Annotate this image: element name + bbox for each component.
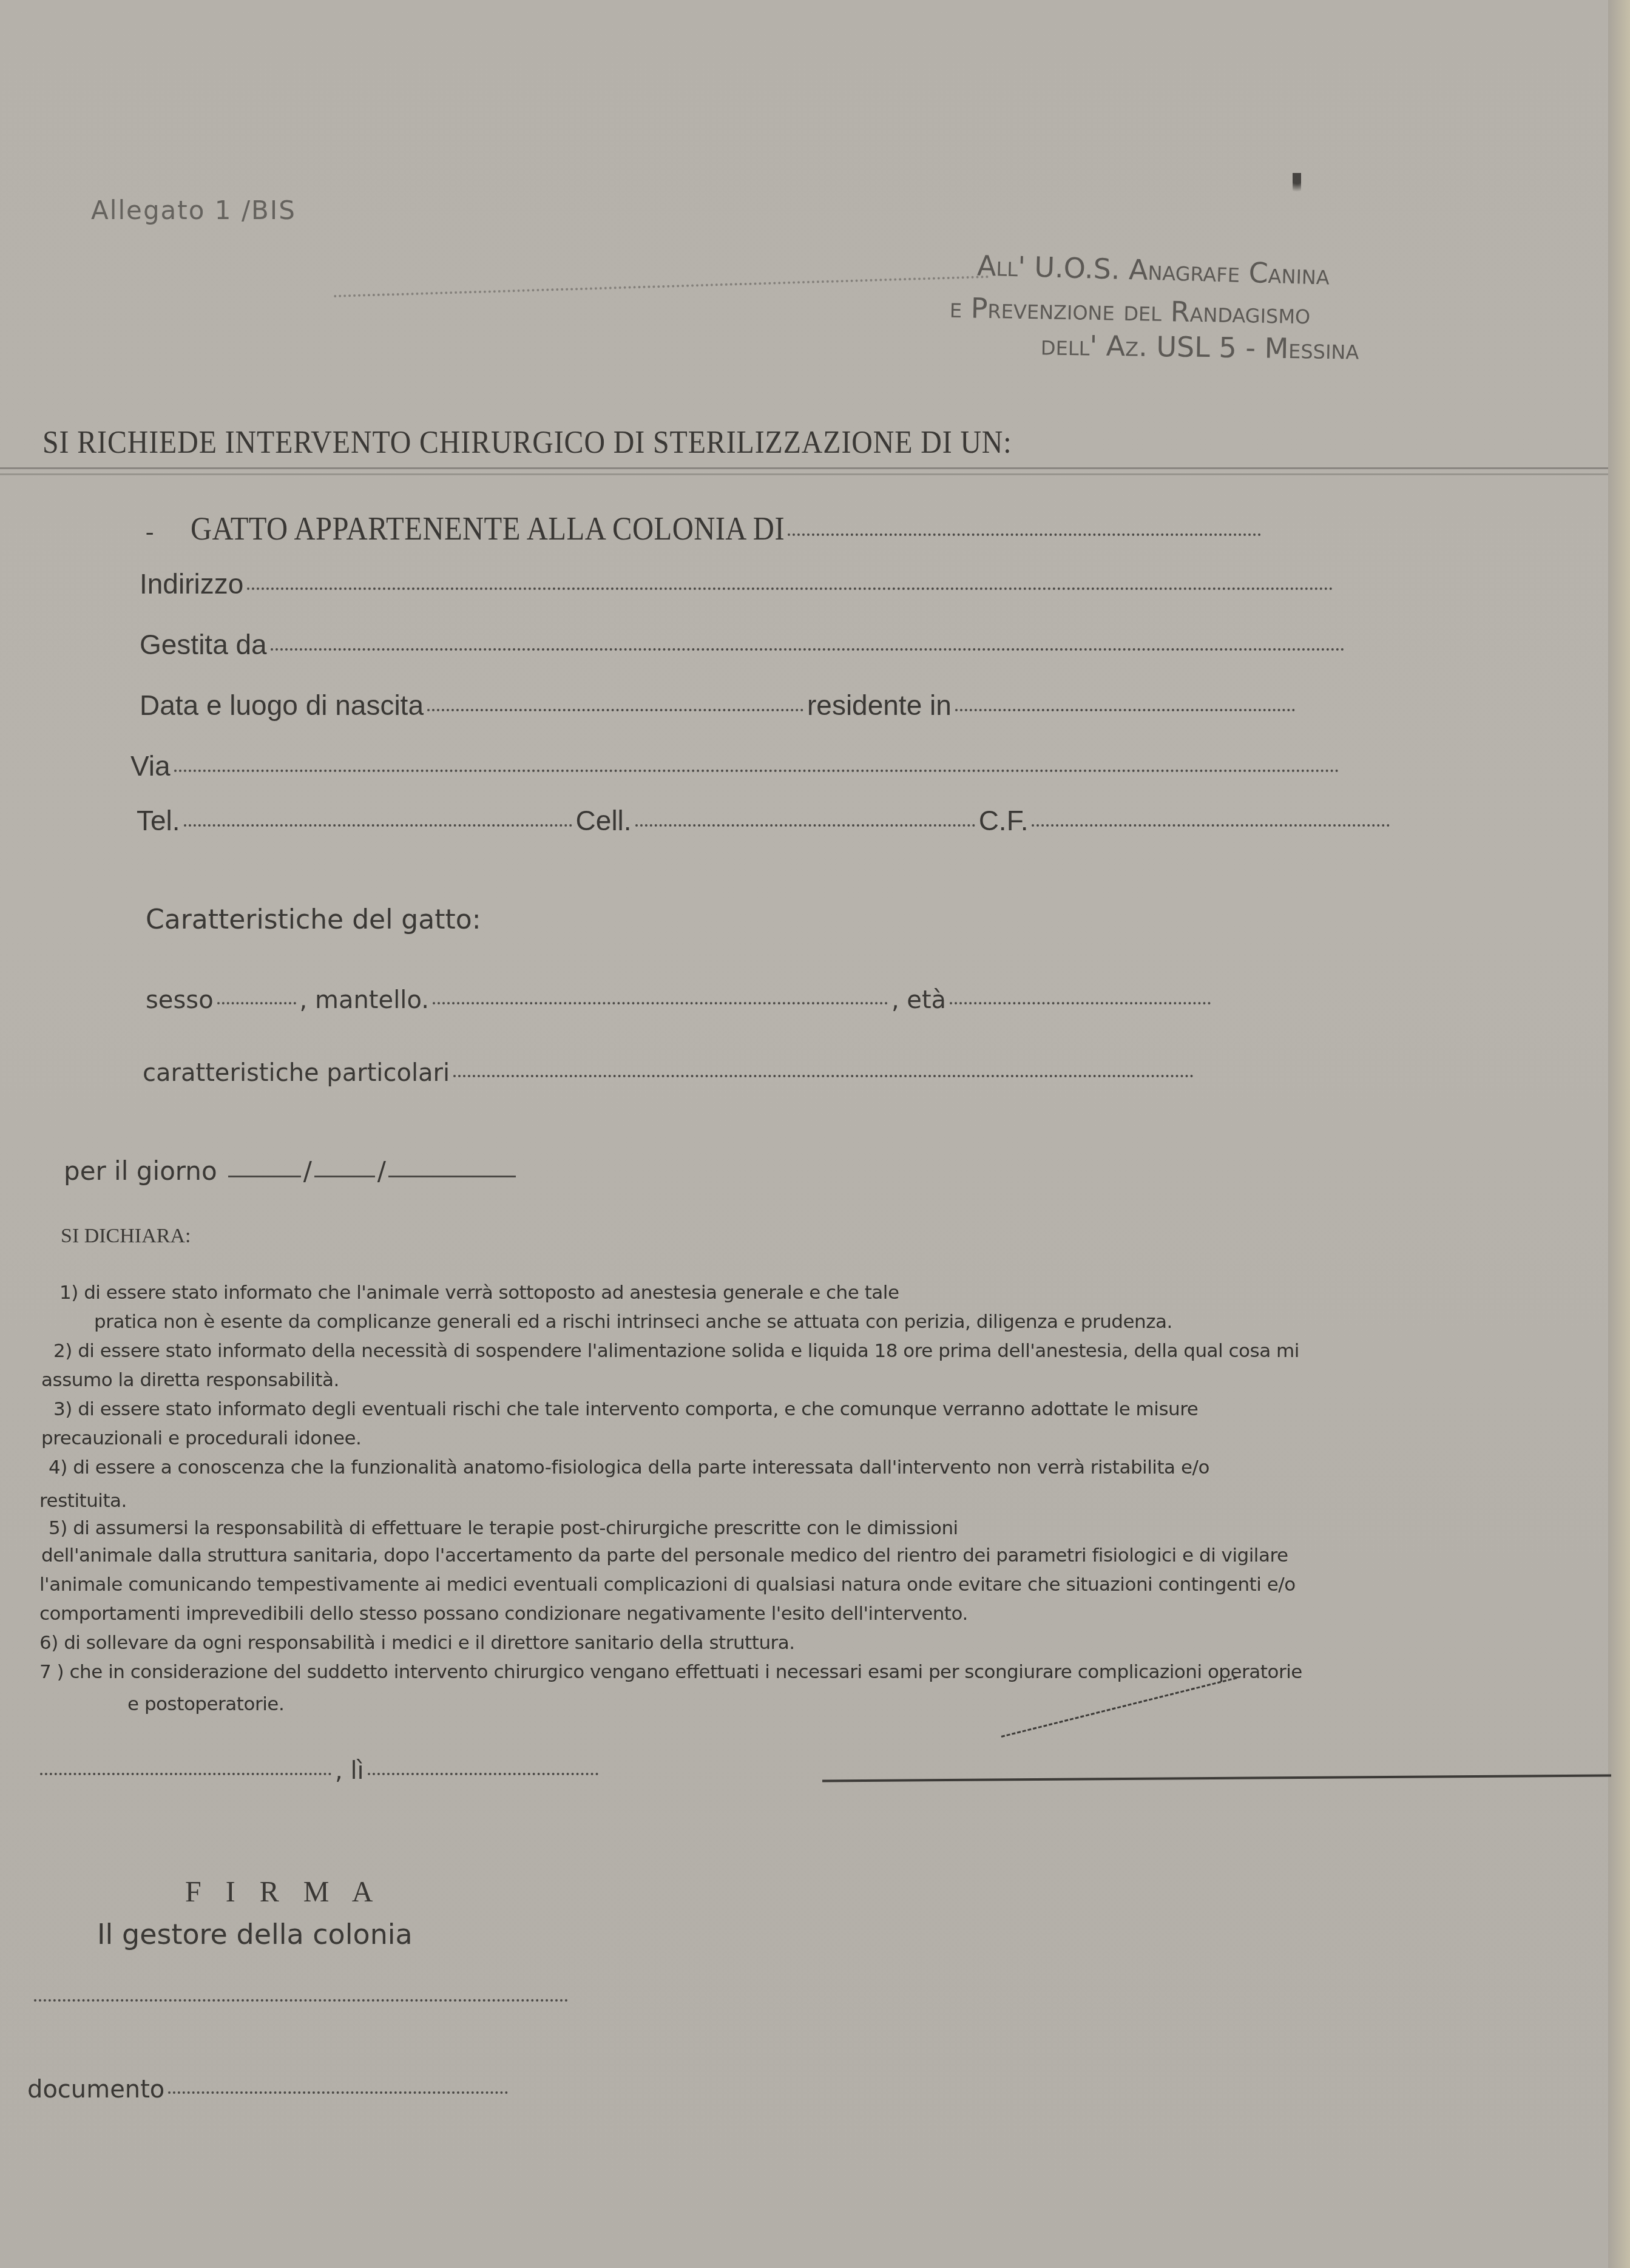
residence-input[interactable] [955,709,1295,711]
title-rule-2 [0,473,1608,475]
residence-label: residente in [807,689,952,722]
declaration-line: 4) di essere a conoscenza che la funzion… [49,1457,1209,1478]
sex-label: sesso [146,986,214,1014]
coat-label: , mantello. [300,986,429,1014]
date-input[interactable] [368,1773,598,1775]
declaration-line: precauzionali e procedurali idonee. [41,1427,361,1449]
age-label: , età [891,986,946,1014]
document-row: documento [27,2076,512,2104]
street-label: Via [130,750,171,782]
day-input[interactable] [228,1176,301,1177]
colony-input[interactable] [788,533,1261,536]
attachment-reference: Allegato 1 /BIS [91,195,296,225]
signature-role: Il gestore della colonia [97,1918,413,1951]
street-row: Via [130,750,1343,782]
birth-label: Data e luogo di nascita [140,689,424,722]
cell-label: Cell. [576,804,632,837]
document-input[interactable] [168,2091,508,2094]
declaration-line: 7 ) che in considerazione del suddetto i… [39,1661,1302,1683]
managed-by-row: Gestita da [140,628,1348,661]
coat-input[interactable] [433,1002,888,1004]
declaration-line: 1) di essere stato informato che l'anima… [59,1282,899,1304]
declaration-line: pratica non è esente da complicanze gene… [94,1311,1172,1333]
street-input[interactable] [174,770,1339,772]
age-input[interactable] [950,1002,1211,1004]
declaration-line: 3) di essere stato informato degli event… [53,1398,1198,1420]
address-row: Indirizzo [140,567,1337,600]
bullet-dash: - [146,517,154,546]
signature-input[interactable] [34,1999,568,2002]
managed-by-input[interactable] [271,648,1345,651]
cat-particular-row: caratteristiche particolari [143,1059,1197,1087]
year-input[interactable] [388,1176,516,1177]
date-row: per il giorno / / [64,1156,518,1186]
phone-label: Tel. [137,804,180,837]
declaration-line: e postoperatorie. [127,1693,284,1715]
declaration-line: l'animale comunicando tempestivamente ai… [39,1574,1296,1596]
cat-section-heading: Caratteristiche del gatto: [146,904,481,935]
signature-row [30,2003,572,2005]
managed-by-label: Gestita da [140,628,267,661]
sex-input[interactable] [217,1002,296,1004]
signature-heading: F I R M A [185,1875,381,1909]
place-date-separator: , lì [335,1757,364,1785]
particular-input[interactable] [453,1075,1194,1077]
address-label: Indirizzo [140,567,243,600]
contacts-row: Tel. Cell. C.F. [137,804,1393,837]
declaration-line: restituita. [39,1490,127,1512]
cell-input[interactable] [635,824,975,827]
paper-edge [1608,0,1630,2268]
ink-mark [1293,173,1301,197]
declarations-heading: SI DICHIARA: [61,1225,191,1248]
date-label: per il giorno [64,1156,217,1186]
form-title: SI RICHIEDE INTERVENTO CHIRURGICO DI STE… [42,425,1012,461]
place-date-row: , lì [36,1757,602,1785]
declaration-line: 6) di sollevare da ogni responsabilità i… [39,1632,795,1654]
recipient-line-3: dell' Az. USL 5 - Messina [1041,328,1359,365]
declaration-line: 2) di essere stato informato della neces… [53,1340,1299,1362]
particular-label: caratteristiche particolari [143,1059,450,1087]
birth-input[interactable] [427,709,803,711]
address-input[interactable] [247,587,1333,590]
month-input[interactable] [314,1176,375,1177]
tax-code-label: C.F. [979,804,1029,837]
place-input[interactable] [40,1773,331,1775]
cat-basic-row: sesso , mantello. , età [146,986,1214,1014]
date-separator-2: / [377,1156,386,1186]
declaration-line: assumo la diretta responsabilità. [41,1369,339,1391]
declaration-line: 5) di assumersi la responsabilità di eff… [49,1517,958,1539]
recipient-line-2: e Prevenzione del Randagismo [950,291,1311,330]
birth-row: Data e luogo di nascita residente in [140,689,1299,722]
title-rule [0,467,1608,469]
phone-input[interactable] [184,824,572,827]
declaration-line: comportamenti imprevedibili dello stesso… [39,1603,968,1625]
tax-code-input[interactable] [1032,824,1390,827]
declaration-line: dell'animale dalla struttura sanitaria, … [41,1545,1288,1566]
date-separator-1: / [303,1156,312,1186]
document-label: documento [27,2076,164,2104]
colony-label: GATTO APPARTENENTE ALLA COLONIA DI [191,510,785,547]
colony-row: - GATTO APPARTENENTE ALLA COLONIA DI [146,510,1265,547]
